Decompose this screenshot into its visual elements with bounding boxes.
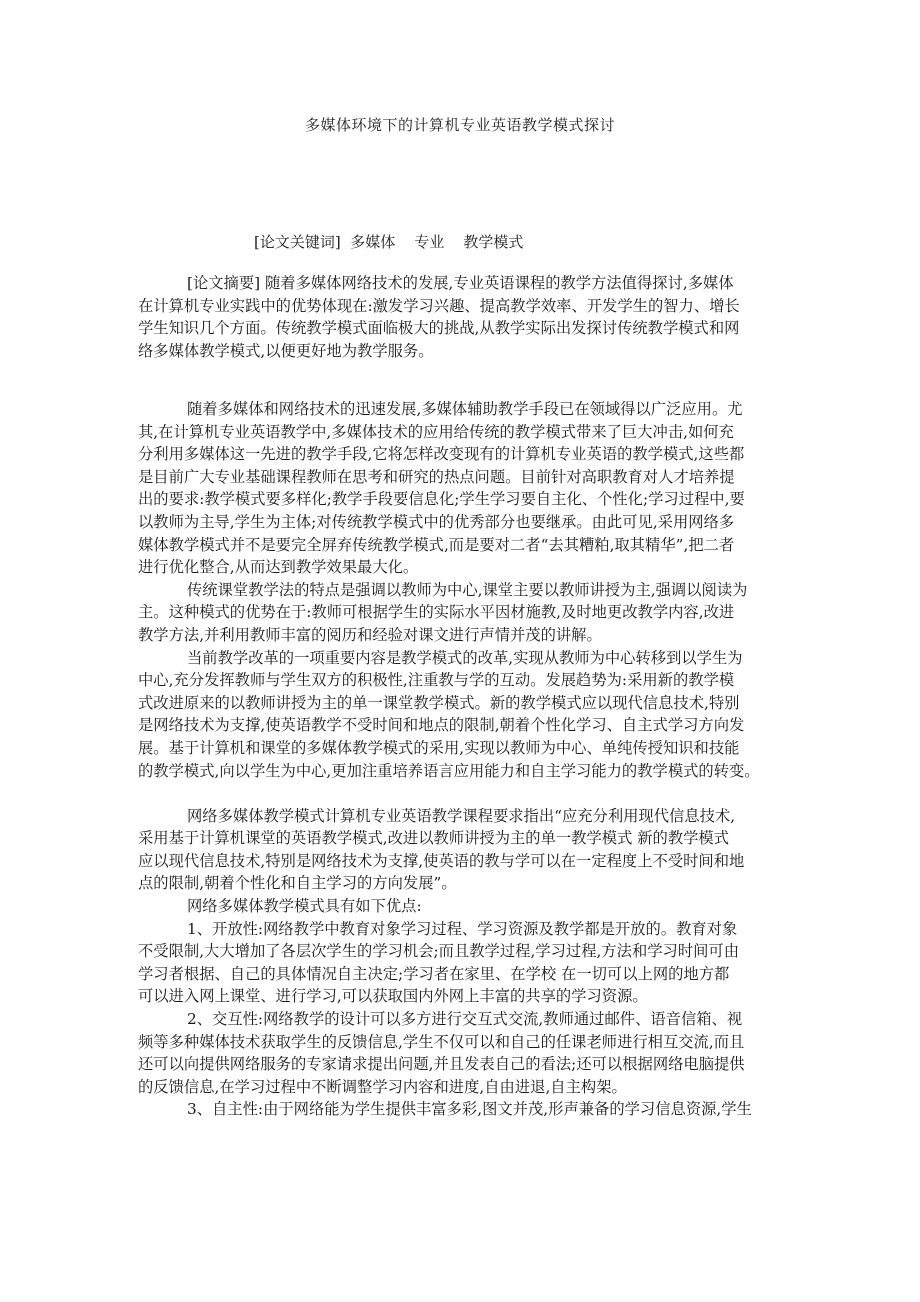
paragraph-line: 采用基于计算机课堂的英语教学模式,改进以教师讲授为主的单一教学模式 新的教学模式 (138, 827, 798, 850)
paragraph-line: 网络多媒体教学模式计算机专业英语教学课程要求指出“应充分利用现代信息技术, (138, 805, 798, 828)
document-title: 多媒体环境下的计算机专业英语教学模式探讨 (0, 114, 920, 135)
paragraph-line: 进行优化整合,从而达到教学效果最大化。 (138, 556, 798, 579)
paragraph-3: 当前教学改革的一项重要内容是教学模式的改革,实现从教师为中心转移到以学生为 中心… (138, 647, 798, 783)
paragraph-line: 可以进入网上课堂、进行学习,可以获取国内外网上丰富的共享的学习资源。 (138, 985, 798, 1008)
paragraph-line: 的反馈信息,在学习过程中不断调整学习内容和进度,自由进退,自主构架。 (138, 1076, 798, 1099)
paragraph-line: 频等多种媒体技术获取学生的反馈信息,学生不仅可以和自己的任课老师进行相互交流,而… (138, 1031, 798, 1054)
paragraph-line: 展。基于计算机和课堂的多媒体教学模式的采用,实现以教师为中心、单纯传授知识和技能 (138, 737, 798, 760)
paragraph-line: 主。这种模式的优势在于:教师可根据学生的实际水平因材施教,及时地更改教学内容,改… (138, 601, 798, 624)
paragraph-2: 传统课堂教学法的特点是强调以教师为中心,课堂主要以教师讲授为主,强调以阅读为 主… (138, 579, 798, 647)
paragraph-5: 网络多媒体教学模式具有如下优点: (138, 895, 798, 918)
paragraph-line: 2、交互性:网络教学的设计可以多方进行交互式交流,教师通过邮件、语音信箱、视 (138, 1008, 798, 1031)
list-item-openness: 1、开放性:网络教学中教育对象学习过程、学习资源及教学都是开放的。教育对象 不受… (138, 918, 798, 1008)
paragraph-line: 当前教学改革的一项重要内容是教学模式的改革,实现从教师为中心转移到以学生为 (138, 647, 798, 670)
abstract: [论文摘要] 随着多媒体网络技术的发展,专业英语课程的教学方法值得探讨,多媒体 … (138, 272, 798, 362)
abstract-line: 学生知识几个方面。传统教学模式面临极大的挑战,从教学实际出发探讨传统教学模式和网 (138, 317, 798, 340)
paragraph-gap (138, 782, 798, 805)
paragraph-line: 3、自主性:由于网络能为学生提供丰富多彩,图文并茂,形声兼备的学习信息资源,学生 (138, 1098, 798, 1121)
body-text: 随着多媒体和网络技术的迅速发展,多媒体辅助教学手段已在领域得以广泛应用。尤 其,… (138, 398, 798, 1121)
paragraph-line: 网络多媒体教学模式具有如下优点: (138, 895, 798, 918)
paragraph-line: 的教学模式,向以学生为中心,更加注重培养语言应用能力和自主学习能力的教学模式的转… (138, 760, 798, 783)
paragraph-line: 是目前广大专业基础课程教师在思考和研究的热点问题。目前针对高职教育对人才培养提 (138, 466, 798, 489)
list-item-interactivity: 2、交互性:网络教学的设计可以多方进行交互式交流,教师通过邮件、语音信箱、视 频… (138, 1008, 798, 1098)
paragraph-line: 1、开放性:网络教学中教育对象学习过程、学习资源及教学都是开放的。教育对象 (138, 918, 798, 941)
paragraph-1: 随着多媒体和网络技术的迅速发展,多媒体辅助教学手段已在领域得以广泛应用。尤 其,… (138, 398, 798, 579)
abstract-line: 络多媒体教学模式,以便更好地为教学服务。 (138, 340, 798, 363)
paragraph-line: 中心,充分发挥教师与学生双方的积极性,注重教与学的互动。发展趋势为:采用新的教学… (138, 669, 798, 692)
paragraph-line: 媒体教学模式并不是要完全屏弃传统教学模式,而是要对二者“去其糟粕,取其精华”,把… (138, 534, 798, 557)
paragraph-line: 学习者根据、自己的具体情况自主决定;学习者在家里、在学校 在一切可以上网的地方都 (138, 963, 798, 986)
list-item-autonomy: 3、自主性:由于网络能为学生提供丰富多彩,图文并茂,形声兼备的学习信息资源,学生 (138, 1098, 798, 1121)
keywords-line: [论文关键词] 多媒体 专业 教学模式 (254, 231, 523, 252)
abstract-line: [论文摘要] 随着多媒体网络技术的发展,专业英语课程的教学方法值得探讨,多媒体 (138, 272, 798, 295)
paragraph-line: 教学方法,并利用教师丰富的阅历和经验对课文进行声情并茂的讲解。 (138, 624, 798, 647)
paragraph-4: 网络多媒体教学模式计算机专业英语教学课程要求指出“应充分利用现代信息技术, 采用… (138, 805, 798, 895)
paragraph-line: 传统课堂教学法的特点是强调以教师为中心,课堂主要以教师讲授为主,强调以阅读为 (138, 579, 798, 602)
paragraph-line: 不受限制,大大增加了各层次学生的学习机会;而且教学过程,学习过程,方法和学习时间… (138, 940, 798, 963)
abstract-line: 在计算机专业实践中的优势体现在:激发学习兴趣、提高教学效率、开发学生的智力、增长 (138, 295, 798, 318)
paragraph-line: 式改进原来的以教师讲授为主的单一课堂教学模式。新的教学模式应以现代信息技术,特别 (138, 692, 798, 715)
paragraph-line: 点的限制,朝着个性化和自主学习的方向发展”。 (138, 872, 798, 895)
paragraph-line: 分利用多媒体这一先进的教学手段,它将怎样改变现有的计算机专业英语的教学模式,这些… (138, 443, 798, 466)
paragraph-line: 是网络技术为支撑,使英语教学不受时间和地点的限制,朝着个性化学习、自主式学习方向… (138, 714, 798, 737)
paragraph-line: 随着多媒体和网络技术的迅速发展,多媒体辅助教学手段已在领域得以广泛应用。尤 (138, 398, 798, 421)
paragraph-line: 其,在计算机专业英语教学中,多媒体技术的应用给传统的教学模式带来了巨大冲击,如何… (138, 421, 798, 444)
paragraph-line: 出的要求:教学模式要多样化;教学手段要信息化;学生学习要自主化、个性化;学习过程… (138, 488, 798, 511)
paragraph-line: 还可以向提供网络服务的专家请求提出问题,并且发表自己的看法;还可以根据网络电脑提… (138, 1053, 798, 1076)
paragraph-line: 应以现代信息技术,特别是网络技术为支撑,使英语的教与学可以在一定程度上不受时间和… (138, 850, 798, 873)
paragraph-line: 以教师为主导,学生为主体;对传统教学模式中的优秀部分也要继承。由此可见,采用网络… (138, 511, 798, 534)
